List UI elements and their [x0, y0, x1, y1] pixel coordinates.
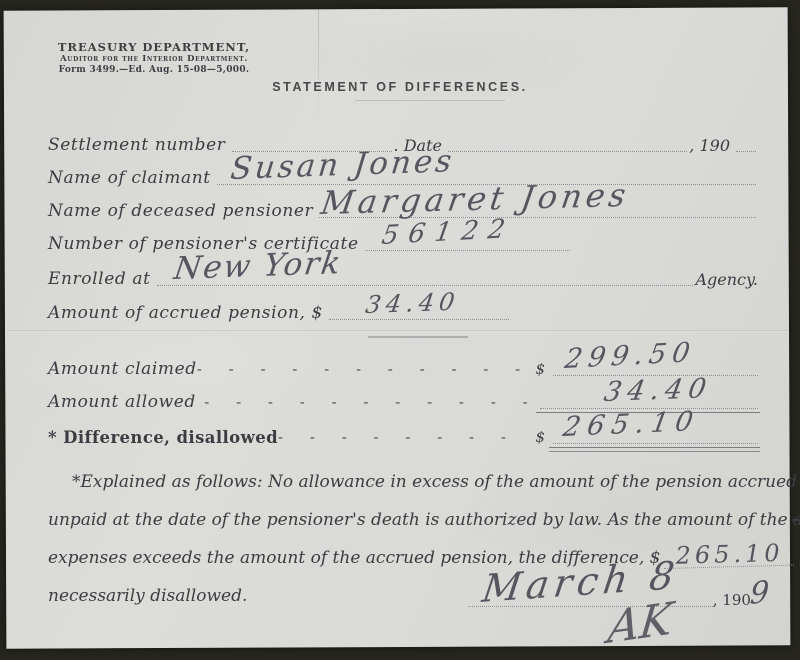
allowed-label: Amount allowed — [48, 394, 196, 413]
settlement-label: Settlement number — [48, 137, 226, 156]
claimant-value: Susan Jones — [229, 146, 456, 185]
signature-date-blank: March 8 — [468, 606, 713, 607]
struck-word-approved: approved — [793, 511, 800, 531]
accrued-row: Amount of accrued pension, $ 34.40 — [48, 296, 758, 324]
allowed-value: 34.40 — [602, 375, 714, 406]
deceased-value: Margaret Jones — [319, 179, 632, 219]
difference-label: * Difference, disallowed — [48, 430, 278, 449]
difference-underline-2 — [549, 451, 760, 452]
deceased-row: Name of deceased pensioner Margaret Jone… — [48, 194, 758, 222]
difference-value-line: 265.10 — [553, 443, 758, 444]
explanation-line-1: *Explained as follows: No allowance in e… — [48, 455, 762, 493]
accrued-value: 34.40 — [364, 290, 461, 317]
difference-leader-dashes: - - - - - - - - - - — [278, 430, 533, 448]
enrolled-blank: New York — [157, 285, 694, 286]
difference-underline-1 — [549, 447, 760, 448]
explanation-line-2-text: unpaid at the date of the pensioner's de… — [48, 511, 788, 531]
difference-currency-sign: $ — [533, 430, 549, 448]
year-prefix: , 190 — [689, 138, 730, 156]
year-handwritten-digit: 9 — [749, 578, 770, 610]
document-title: STATEMENT OF DIFFERENCES. — [0, 80, 800, 94]
form-edition: Form 3499.—Ed. Aug. 15-08—5,000. — [38, 65, 270, 76]
certificate-value: 56122 — [380, 216, 517, 249]
year-printed: , 190 — [713, 593, 751, 610]
department-name: TREASURY DEPARTMENT, — [38, 40, 270, 54]
enrolled-label: Enrolled at — [48, 271, 151, 290]
allowed-leader-dashes: - - - - - - - - - - - — [196, 395, 536, 413]
enrolled-row: Enrolled at New York Agency. — [48, 262, 758, 290]
explanation-difference-value: 265.10 — [664, 541, 795, 569]
claimed-value: 299.50 — [563, 339, 698, 373]
accrued-label: Amount of accrued pension, $ — [48, 305, 323, 324]
bureau-name: Auditor for the Interior Department. — [38, 54, 270, 65]
claimed-leader-dashes: - - - - - - - - - - - - - — [197, 362, 534, 380]
date-blank — [448, 151, 687, 152]
certificate-row: Number of pensioner's certificate 56122 — [48, 227, 758, 255]
claimant-label: Name of claimant — [48, 170, 211, 189]
scanned-document-photo: TREASURY DEPARTMENT, Auditor for the Int… — [0, 0, 800, 660]
enrolled-value: New York — [172, 248, 344, 285]
accrued-blank: 34.40 — [329, 319, 509, 320]
claimed-label: Amount claimed — [48, 361, 197, 380]
year-blank — [736, 151, 756, 152]
deceased-blank: Margaret Jones — [319, 217, 756, 218]
agency-suffix: Agency. — [695, 272, 758, 290]
letterhead: TREASURY DEPARTMENT, Auditor for the Int… — [38, 40, 270, 76]
title-underline — [355, 100, 505, 101]
difference-row: * Difference, disallowed - - - - - - - -… — [48, 420, 758, 448]
explanation-line-2: unpaid at the date of the pensioner's de… — [48, 493, 762, 531]
document-content: TREASURY DEPARTMENT, Auditor for the Int… — [0, 0, 800, 660]
claimed-currency-sign: $ — [533, 362, 549, 380]
certificate-blank: 56122 — [365, 250, 570, 251]
auditor-initials-signature: AK — [606, 593, 676, 654]
deceased-label: Name of deceased pensioner — [48, 203, 313, 222]
difference-value: 265.10 — [561, 408, 702, 441]
